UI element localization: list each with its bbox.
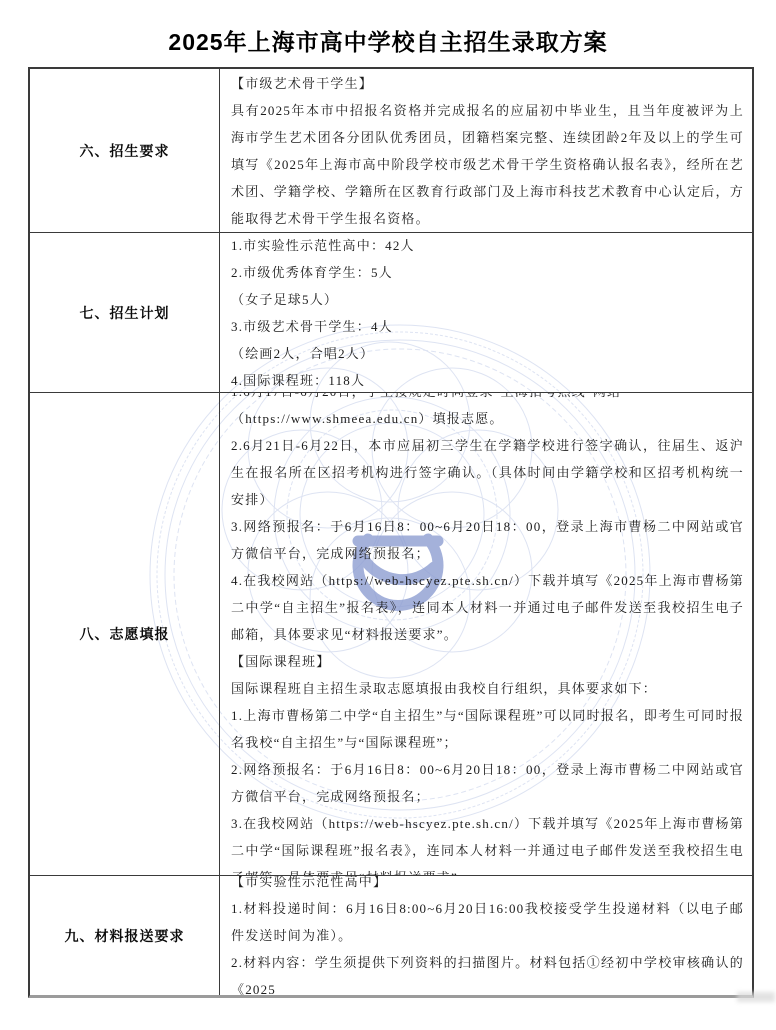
content-paragraph: （https://www.shmeea.edu.cn）填报志愿。 <box>231 405 744 432</box>
content-paragraph: 【市实验性示范性高中】 <box>231 876 744 895</box>
content-paragraph: （绘画2人，合唱2人） <box>231 340 744 367</box>
content-paragraph: 国际课程班自主招生录取志愿填报由我校自行组织，具体要求如下： <box>231 675 744 702</box>
content-paragraph: 2.市级优秀体育学生：5人 <box>231 259 744 286</box>
table-row: 九、材料报送要求【市实验性示范性高中】1.材料投递时间：6月16日8:00~6月… <box>30 875 752 995</box>
content-paragraph: 具有2025年本市中招报名资格并完成报名的应届初中毕业生，且当年度被评为上海市学… <box>231 97 744 232</box>
row-label: 六、招生要求 <box>30 69 220 232</box>
content-paragraph: （女子足球5人） <box>231 286 744 313</box>
row-content: 1.6月17日-6月20日，学生按规定时间登录“上海招考热线”网站（https:… <box>220 393 752 875</box>
content-paragraph: 4.国际课程班：118人 <box>231 367 744 393</box>
corner-watermark <box>737 992 775 1002</box>
row-label: 七、招生计划 <box>30 233 220 392</box>
content-paragraph: 1.材料投递时间：6月16日8:00~6月20日16:00我校接受学生投递材料（… <box>231 895 744 949</box>
content-paragraph: 【国际课程班】 <box>231 648 744 675</box>
content-paragraph: 2.材料内容：学生须提供下列资料的扫描图片。材料包括①经初中学校审核确认的《20… <box>231 949 744 995</box>
row-content: 【市级艺术骨干学生】具有2025年本市中招报名资格并完成报名的应届初中毕业生，且… <box>220 69 752 232</box>
content-paragraph: 2.6月21日-6月22日，本市应届初三学生在学籍学校进行签字确认，往届生、返沪… <box>231 432 744 513</box>
content-paragraph: 1.6月17日-6月20日，学生按规定时间登录“上海招考热线”网站 <box>231 393 744 405</box>
content-paragraph: 2.网络预报名：于6月16日8：00~6月20日18：00，登录上海市曹杨二中网… <box>231 756 744 810</box>
content-paragraph: 4.在我校网站（https://web-hscyez.pte.sh.cn/）下载… <box>231 567 744 648</box>
row-label: 九、材料报送要求 <box>30 876 220 995</box>
content-paragraph: 【市级艺术骨干学生】 <box>231 70 744 97</box>
content-paragraph: 3.网络预报名：于6月16日8：00~6月20日18：00，登录上海市曹杨二中网… <box>231 513 744 567</box>
row-content: 【市实验性示范性高中】1.材料投递时间：6月16日8:00~6月20日16:00… <box>220 876 752 995</box>
table-row: 八、志愿填报1.6月17日-6月20日，学生按规定时间登录“上海招考热线”网站（… <box>30 392 752 875</box>
page-title: 2025年上海市高中学校自主招生录取方案 <box>0 24 776 57</box>
admission-table: 六、招生要求【市级艺术骨干学生】具有2025年本市中招报名资格并完成报名的应届初… <box>28 67 754 998</box>
row-content: 1.市实验性示范性高中：42人2.市级优秀体育学生：5人（女子足球5人）3.市级… <box>220 233 752 392</box>
table-row: 七、招生计划1.市实验性示范性高中：42人2.市级优秀体育学生：5人（女子足球5… <box>30 232 752 392</box>
table-row: 六、招生要求【市级艺术骨干学生】具有2025年本市中招报名资格并完成报名的应届初… <box>30 69 752 232</box>
content-paragraph: 1.上海市曹杨第二中学“自主招生”与“国际课程班”可以同时报名，即考生可同时报名… <box>231 702 744 756</box>
row-label: 八、志愿填报 <box>30 393 220 875</box>
content-paragraph: 1.市实验性示范性高中：42人 <box>231 233 744 259</box>
document-page: 2025年上海市高中学校自主招生录取方案 六、招生要求【市级艺术骨干学生】具有2… <box>0 0 776 1030</box>
content-paragraph: 3.市级艺术骨干学生：4人 <box>231 313 744 340</box>
content-paragraph: 3.在我校网站（https://web-hscyez.pte.sh.cn/）下载… <box>231 810 744 876</box>
